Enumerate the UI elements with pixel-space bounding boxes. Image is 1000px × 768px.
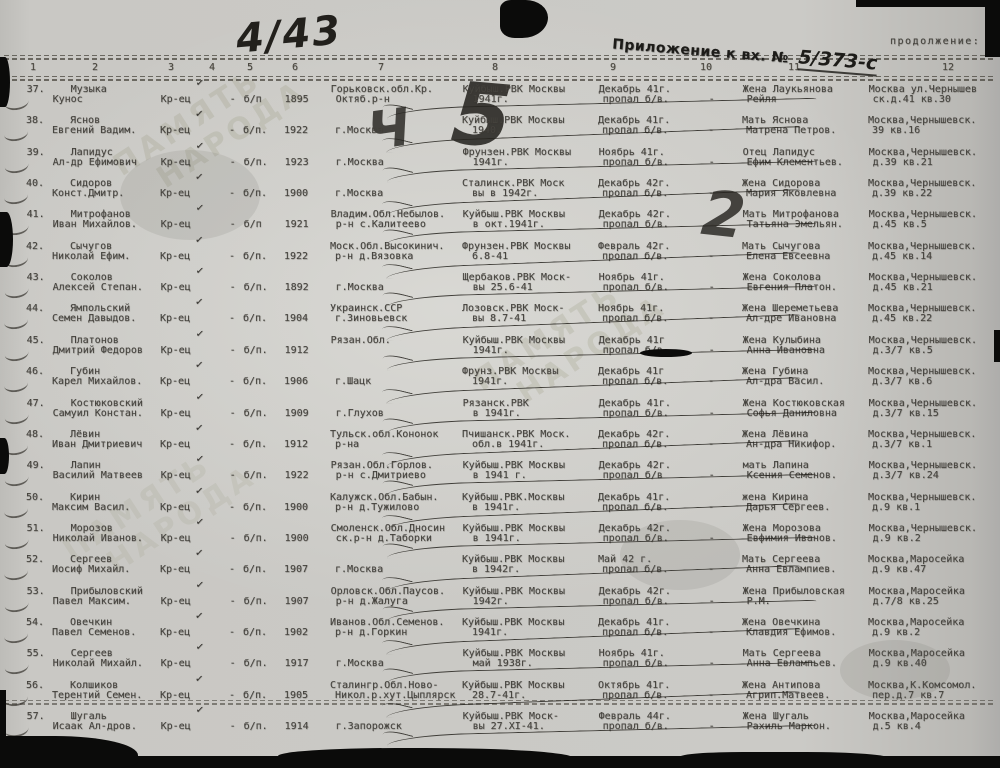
rank: Кр-ец: [161, 282, 191, 293]
rank: Кр-ец: [161, 408, 191, 419]
party-status: б/п.: [243, 502, 267, 513]
row-number: 50.: [26, 492, 44, 503]
enlistment-line2: 1941г.: [473, 157, 509, 168]
rank: Кр-ец: [161, 470, 191, 481]
table-row: 54. Овечкин Павел Семенов. Кр-ец ✓ - б/п…: [0, 617, 1000, 648]
birthplace-line2: Октяб.р-н: [336, 94, 390, 105]
row-number: 46.: [26, 366, 44, 377]
table-row: 48. Лёвин Иван Дмитриевич Кр-ец ✓ - б/п.…: [0, 429, 1000, 460]
given-name: Кунос: [53, 94, 83, 105]
party-status: б/п.: [244, 345, 268, 356]
given-name: Иван Михайлов.: [53, 219, 137, 230]
row-number: 43.: [27, 272, 45, 283]
row-number: 37.: [27, 84, 45, 95]
enlistment-line2: 1941г.: [473, 94, 509, 105]
row-number: 56.: [26, 680, 44, 691]
party-status: б/п.: [243, 690, 267, 701]
table-row: 53. Прибыловский Павел Максим. Кр-ец ✓ -…: [1, 586, 1000, 617]
address-line2: д.5 кв.4: [873, 721, 921, 732]
column-number: 10: [700, 62, 712, 73]
handwritten-checkmark-icon: ✓: [194, 422, 203, 434]
address-line2: д.3/7 кв.6: [872, 376, 932, 387]
birth-year: 1909: [285, 408, 309, 419]
dash-cell: -: [230, 94, 236, 105]
column-number: 3: [168, 62, 174, 73]
column-number: 9: [610, 62, 616, 73]
enlistment-line2: 1942г.: [473, 596, 509, 607]
birth-year: 1900: [284, 502, 308, 513]
rank: Кр-ец: [161, 533, 191, 544]
rank: Кр-ец: [160, 690, 190, 701]
birthplace-line2: г.Зиновьевск: [335, 313, 407, 324]
row-number: 54.: [26, 617, 44, 628]
dash-cell: -: [229, 439, 235, 450]
dash-cell: -: [230, 721, 236, 732]
birth-year: 1921: [285, 219, 309, 230]
birth-year: 1907: [284, 564, 308, 575]
party-status: б/п.: [244, 721, 268, 732]
birthplace-line2: р-на: [335, 439, 359, 450]
birth-year: 1905: [284, 690, 308, 701]
enlistment-line2: в 1941г.: [473, 408, 521, 419]
given-name: Николай Михайл.: [53, 658, 143, 669]
column-number: 1: [30, 62, 36, 73]
dash-cell: -: [230, 533, 236, 544]
birth-year: 1904: [284, 313, 308, 324]
given-name: Дмитрий Федоров: [53, 345, 143, 356]
party-status: б/п: [244, 94, 262, 105]
table-row: 47. Костюковский Самуил Констан. Кр-ец ✓…: [1, 398, 1000, 429]
handwritten-checkmark-icon: ✓: [195, 705, 204, 717]
row-number: 48.: [26, 429, 44, 440]
party-status: б/п.: [244, 408, 268, 419]
column-number: 5: [247, 62, 253, 73]
stamp-number-handwritten: 5/373-с: [797, 46, 878, 76]
address-line2: д.39 кв.21: [873, 157, 933, 168]
party-status: б/п.: [243, 627, 267, 638]
birthplace-line2: г.Москва: [336, 658, 384, 669]
row-number: 39.: [27, 147, 45, 158]
table-row: 50. Кирин Максим Васил. Кр-ец ✓ - б/п. 1…: [0, 492, 1000, 523]
dash-cell: -: [229, 376, 235, 387]
table-row: 43. Соколов Алексей Степан. Кр-ец ✓ - б/…: [1, 272, 1000, 303]
rank: Кр-ец: [161, 345, 191, 356]
rank: Кр-ец: [160, 564, 190, 575]
row-number: 51.: [27, 523, 45, 534]
row-number: 57.: [27, 711, 45, 722]
margin-check-arc: [4, 533, 29, 550]
birth-year: 1907: [285, 596, 309, 607]
dash-cell: -: [230, 658, 236, 669]
given-name: Семен Давыдов.: [52, 313, 136, 324]
handwritten-checkmark-icon: ✓: [195, 78, 204, 90]
table-row: 44. Ямпольский Семен Давыдов. Кр-ец ✓ - …: [0, 303, 1000, 334]
birth-year: 1912: [284, 439, 308, 450]
continuation-label: продолжение:: [890, 36, 980, 47]
party-status: б/п.: [243, 439, 267, 450]
enlistment-line2: в 1941г.: [473, 533, 521, 544]
margin-check-arc: [3, 627, 28, 644]
margin-check-arc: [4, 407, 29, 424]
given-name: Павел Максим.: [53, 596, 131, 607]
given-name: Ал-др Ефимович: [53, 157, 137, 168]
margin-check-arc: [3, 501, 28, 518]
enlistment-line2: в 1941г.: [472, 502, 520, 513]
address-line2: д.3/7 кв.5: [873, 345, 933, 356]
margin-check-arc: [3, 376, 28, 393]
column-number: 4: [209, 62, 215, 73]
birth-year: 1922: [284, 125, 308, 136]
column-number: 6: [292, 62, 298, 73]
table-row: 45. Платонов Дмитрий Федоров Кр-ец ✓ - б…: [1, 335, 1000, 366]
address-line2: д.9 кв.47: [872, 564, 926, 575]
margin-check-arc: [4, 470, 29, 487]
handwritten-checkmark-icon: ✓: [195, 579, 204, 591]
row-number: 53.: [27, 586, 45, 597]
handwritten-checkmark-icon: ✓: [195, 642, 204, 654]
dash-cell: -: [229, 627, 235, 638]
address-line2: д.9 кв.1: [872, 502, 920, 513]
party-status: б/п.: [243, 313, 267, 324]
column-number: 2: [92, 62, 98, 73]
scan-artifact-blob: [985, 0, 1000, 57]
rank: Кр-ец: [161, 94, 191, 105]
enlistment-line2: вы 27.XI-41.: [473, 721, 545, 732]
scan-artifact-blob: [0, 57, 10, 107]
birth-year: 1922: [284, 251, 308, 262]
party-status: б/п.: [244, 533, 268, 544]
rank: Кр-ец: [160, 439, 190, 450]
given-name: Василий Матвеев: [53, 470, 143, 481]
dash-cell: -: [229, 125, 235, 136]
enlistment-line2: вы 25.6-41: [473, 282, 533, 293]
handwritten-checkmark-icon: ✓: [195, 391, 204, 403]
dash-cell: -: [230, 596, 236, 607]
paper-smudge: [840, 640, 950, 700]
birth-year: 1900: [284, 188, 308, 199]
party-status: б/п.: [244, 470, 268, 481]
birthplace-line2: р-н д.Горкин: [335, 627, 407, 638]
margin-check-arc: [3, 313, 28, 330]
scan-artifact-blob: [0, 438, 9, 474]
given-name: Павел Семенов.: [52, 627, 136, 638]
row-number: 41.: [27, 209, 45, 220]
handwritten-checkmark-icon: ✓: [195, 266, 204, 278]
address-line2: д.3/7 кв.1: [872, 439, 932, 450]
birthplace-line2: ск.р-н д.Таборки: [336, 533, 432, 544]
table-row: 37. Музыка Кунос Кр-ец ✓ - б/п 1895 Горь…: [1, 84, 1000, 115]
dash-cell: -: [229, 690, 235, 701]
birthplace-line2: Никол.р.хут.Цыплярск: [335, 690, 455, 701]
party-status: б/п.: [244, 282, 268, 293]
birth-year: 1922: [285, 470, 309, 481]
address-line2: д.7/8 кв.25: [873, 596, 939, 607]
address-line2: д.9 кв.2: [873, 533, 921, 544]
row-number: 52.: [26, 554, 44, 565]
rank: Кр-ец: [160, 251, 190, 262]
address-line2: д.39 кв.22: [872, 188, 932, 199]
given-name: Николай Ефим.: [52, 251, 130, 262]
scan-artifact-blob: [500, 0, 548, 38]
given-name: Иосиф Михайл.: [52, 564, 130, 575]
address-line2: д.9 кв.2: [872, 627, 920, 638]
handwritten-checkmark-icon: ✓: [195, 454, 204, 466]
enlistment-line2: в 1941 г.: [473, 470, 527, 481]
address-line2: д.3/7 кв.15: [873, 408, 939, 419]
dash-cell: -: [230, 408, 236, 419]
margin-check-arc: [4, 595, 29, 612]
table-row: 57. Шугаль Исаак Ал-дров. Кр-ец ✓ - б/п.…: [1, 711, 1000, 742]
handwritten-checkmark-icon: ✓: [194, 673, 203, 685]
rank: Кр-ец: [160, 502, 190, 513]
handwritten-checkmark-icon: ✓: [194, 485, 203, 497]
address-line2: д.45 кв.5: [873, 219, 927, 230]
birthplace-line2: г.Москва: [336, 282, 384, 293]
scan-artifact-blob: [994, 330, 1000, 362]
enlistment-line2: обл.в 1941г.: [472, 439, 544, 450]
enlistment-line2: 6.8-41: [472, 251, 508, 262]
rank: Кр-ец: [161, 658, 191, 669]
birthplace-line2: р-н с.Калитеево: [336, 219, 426, 230]
handwritten-checkmark-icon: ✓: [194, 611, 203, 623]
scan-artifact-blob: [680, 752, 890, 768]
enlistment-line2: 1940.: [472, 125, 502, 136]
registration-stamp: Приложение к вх. № 5/373-с: [612, 31, 879, 74]
birth-year: 1892: [285, 282, 309, 293]
handwritten-checkmark-icon: ✓: [194, 297, 203, 309]
handwritten-checkmark-icon: ✓: [195, 516, 204, 528]
scan-artifact-blob: [278, 748, 573, 768]
address-line2: ск.д.41 кв.30: [873, 94, 951, 105]
margin-check-arc: [3, 125, 28, 142]
enlistment-line2: 1941г.: [472, 627, 508, 638]
margin-check-arc: [4, 282, 29, 299]
dash-cell: -: [229, 251, 235, 262]
row-number: 44.: [26, 303, 44, 314]
address-line2: д.45 кв.21: [873, 282, 933, 293]
paper-smudge: [120, 150, 260, 240]
scan-artifact-blob: [856, 0, 988, 7]
handwritten-checkmark-icon: ✓: [195, 328, 204, 340]
party-status: б/п.: [244, 658, 268, 669]
table-row: 51. Морозов Николай Иванов. Кр-ец ✓ - б/…: [1, 523, 1000, 554]
scan-artifact-blob: [640, 349, 692, 357]
birthplace-line2: г.Шацк: [335, 376, 371, 387]
given-name: Конст.Дмитр.: [52, 188, 124, 199]
enlistment-line2: май 1938г.: [473, 658, 533, 669]
rank: Кр-ец: [160, 125, 190, 136]
given-name: Николай Иванов.: [53, 533, 143, 544]
dash-cell: -: [229, 502, 235, 513]
scan-artifact-blob: [0, 212, 13, 267]
paper-smudge: [620, 520, 740, 590]
dash-cell: -: [230, 282, 236, 293]
given-name: Терентий Семен.: [52, 690, 142, 701]
birthplace-line2: г.Москва: [335, 125, 383, 136]
handwritten-strike-line: [387, 725, 817, 747]
scan-artifact-blob: [0, 690, 6, 760]
birthplace-line2: р-н д.Жалуга: [336, 596, 408, 607]
birthplace-line2: г.Москва: [336, 157, 384, 168]
margin-check-arc: [3, 689, 28, 706]
birth-year: 1912: [285, 345, 309, 356]
rank: Кр-ец: [160, 376, 190, 387]
rank: Кр-ец: [161, 596, 191, 607]
table-row: 52. Сергеев Иосиф Михайл. Кр-ец ✓ - б/п.…: [0, 554, 1000, 585]
given-name: Евгений Вадим.: [52, 125, 136, 136]
party-status: б/п.: [243, 125, 267, 136]
dash-cell: -: [229, 313, 235, 324]
birthplace-line1: Рязан.Обл.: [331, 335, 391, 346]
enlistment-line2: вы в 1942г.: [472, 188, 538, 199]
enlistment-line2: 28.7-41г.: [472, 690, 526, 701]
birthplace-line2: р-н д.Тужилово: [335, 502, 419, 513]
enlistment-line2: в 1942г.: [472, 564, 520, 575]
birthplace-line2: р-н д.Вязовка: [335, 251, 413, 262]
table-row: 46. Губин Карел Михайлов. Кр-ец ✓ - б/п.…: [0, 366, 1000, 397]
row-number: 55.: [27, 648, 45, 659]
party-status: б/п.: [243, 376, 267, 387]
given-name: Максим Васил.: [52, 502, 130, 513]
birth-year: 1914: [285, 721, 309, 732]
party-status: б/п.: [243, 251, 267, 262]
margin-check-arc: [4, 345, 29, 362]
enlistment-line2: 1941г.: [472, 376, 508, 387]
party-status: б/п.: [244, 157, 268, 168]
birth-year: 1923: [285, 157, 309, 168]
rank: Кр-ец: [161, 721, 191, 732]
given-name: Карел Михайлов.: [52, 376, 142, 387]
party-status: б/п.: [244, 596, 268, 607]
given-name: Исаак Ал-дров.: [53, 721, 137, 732]
birth-year: 1917: [285, 658, 309, 669]
party-status: б/п.: [243, 564, 267, 575]
column-number: 7: [378, 62, 384, 73]
dash-cell: -: [230, 345, 236, 356]
table-row: 38. Яснов Евгений Вадим. Кр-ец ✓ - б/п. …: [0, 115, 1000, 146]
address-line2: д.45 кв.14: [872, 251, 932, 262]
row-number: 45.: [27, 335, 45, 346]
address-line2: 39 кв.16: [872, 125, 920, 136]
address-line2: д.3/7 кв.24: [873, 470, 939, 481]
enlistment-line2: вы 8.7-41: [472, 313, 526, 324]
handwritten-checkmark-icon: ✓: [194, 548, 203, 560]
given-name: Самуил Констан.: [53, 408, 143, 419]
row-number: 42.: [26, 241, 44, 252]
dash-cell: -: [229, 564, 235, 575]
row-number: 40.: [26, 178, 44, 189]
handwritten-checkmark-icon: ✓: [194, 360, 203, 372]
rank: Кр-ец: [160, 627, 190, 638]
birthplace-line2: г.Москва: [335, 188, 383, 199]
margin-check-arc: [4, 156, 29, 173]
dash-cell: -: [230, 470, 236, 481]
handwritten-sheet-number: 4/43: [234, 7, 344, 62]
birth-year: 1900: [285, 533, 309, 544]
birthplace-line2: г.Глухов: [336, 408, 384, 419]
birthplace-line2: р-н с.Дмитриево: [336, 470, 426, 481]
birth-year: 1906: [284, 376, 308, 387]
scanned-document-page: ПАМЯТЬНАРОДА ПАМЯТЬНАРОДА ПАМЯТЬНАРОДА п…: [0, 0, 1000, 768]
table-row: 49. Лапин Василий Матвеев Кр-ец ✓ - б/п.…: [1, 460, 1000, 491]
table-row: 42. Сычугов Николай Ефим. Кр-ец ✓ - б/п.…: [0, 241, 1000, 272]
enlistment-line2: 1941г.: [473, 345, 509, 356]
rank: Кр-ец: [160, 313, 190, 324]
birthplace-line2: г.Запорожск: [336, 721, 402, 732]
given-name: Алексей Степан.: [53, 282, 143, 293]
row-number: 47.: [27, 398, 45, 409]
birth-year: 1902: [284, 627, 308, 638]
margin-check-arc: [4, 658, 29, 675]
birthplace-line2: г.Москва: [335, 564, 383, 575]
row-number: 38.: [26, 115, 44, 126]
address-line2: д.45 кв.22: [872, 313, 932, 324]
row-number: 49.: [27, 460, 45, 471]
given-name: Иван Дмитриевич: [52, 439, 142, 450]
handwritten-checkmark-icon: ✓: [194, 109, 203, 121]
margin-check-arc: [3, 188, 28, 205]
margin-check-arc: [3, 564, 28, 581]
birth-year: 1895: [285, 94, 309, 105]
column-number: 12: [942, 62, 954, 73]
